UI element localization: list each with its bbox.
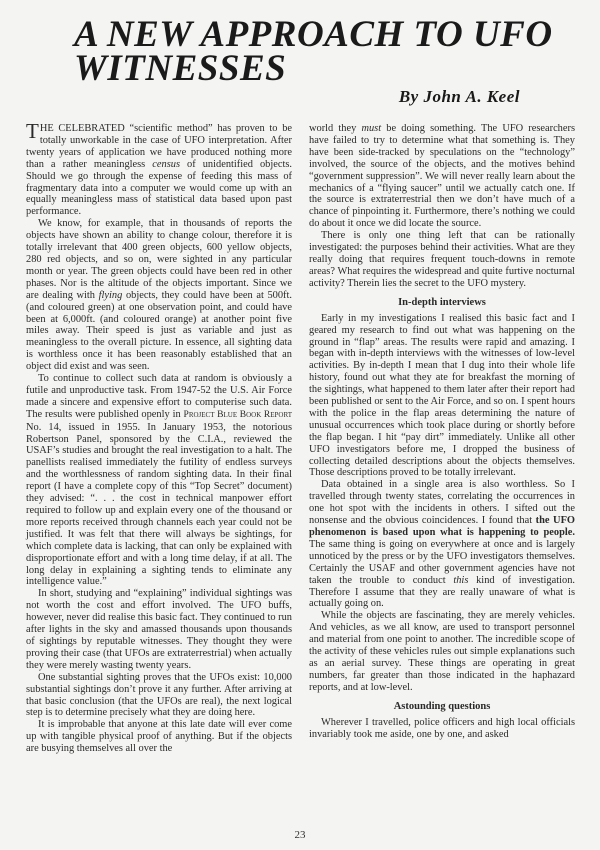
- paragraph: There is only one thing left that can be…: [309, 230, 575, 290]
- paragraph: In short, studying and “explaining” indi…: [26, 588, 292, 671]
- magazine-page: A NEW APPROACH TO UFO WITNESSES By John …: [0, 0, 600, 850]
- byline: By John A. Keel: [399, 87, 520, 107]
- article-title: A NEW APPROACH TO UFO WITNESSES: [74, 18, 553, 86]
- drop-cap: T: [26, 124, 39, 138]
- paragraph: We know, for example, that in thousands …: [26, 218, 292, 373]
- right-column: world they must be doing something. The …: [309, 123, 575, 741]
- paragraph: THE CELEBRATED “scientific method” has p…: [26, 123, 292, 218]
- paragraph: While the objects are fascinating, they …: [309, 610, 575, 693]
- paragraph: Early in my investigations I realised th…: [309, 313, 575, 480]
- paragraph: world they must be doing something. The …: [309, 123, 575, 230]
- page-number: 23: [0, 829, 600, 841]
- paragraph: To continue to collect such data at rand…: [26, 373, 292, 588]
- section-heading: In-depth interviews: [309, 297, 575, 309]
- paragraph: Wherever I travelled, police officers an…: [309, 717, 575, 741]
- report-title: Project Blue Book Report: [184, 410, 292, 420]
- left-column: THE CELEBRATED “scientific method” has p…: [26, 123, 292, 755]
- section-heading: Astounding questions: [309, 701, 575, 713]
- title-line-2: WITNESSES: [74, 52, 553, 86]
- paragraph: Data obtained in a single area is also w…: [309, 479, 575, 610]
- paragraph: It is improbable that anyone at this lat…: [26, 719, 292, 755]
- paragraph: One substantial sighting proves that the…: [26, 672, 292, 720]
